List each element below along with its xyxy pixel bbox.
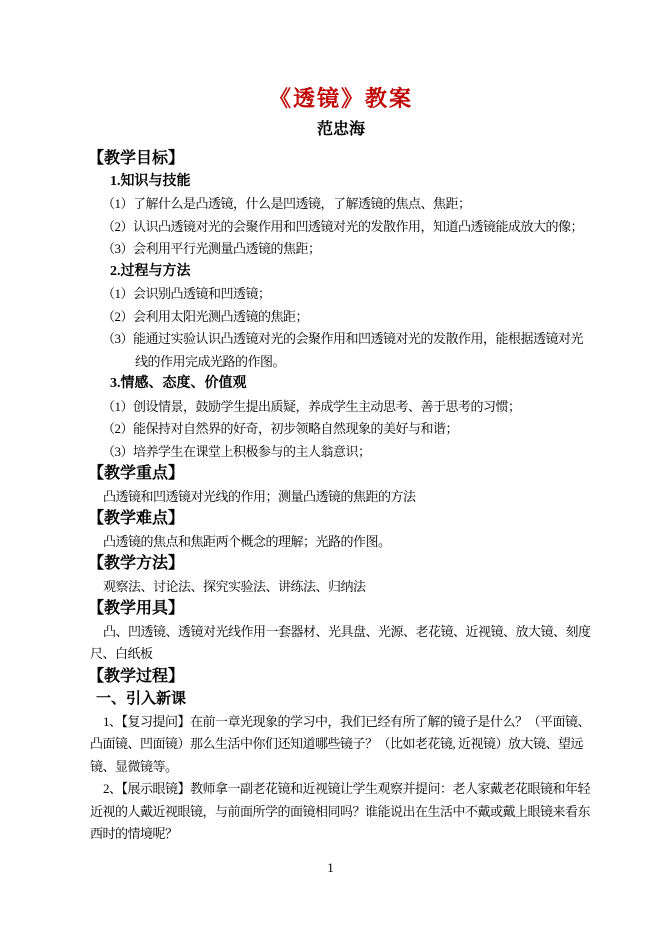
section-header-teaching-tools: 【教学用具】 [88,598,592,621]
process-paragraph: 2、【展示眼镜】教师拿一副老花镜和近视镜让学生观察并提问：老人家戴老花眼镜和年轻… [90,778,592,846]
subsection-process-methods: 2.过程与方法 [110,261,592,284]
list-item: （3）能通过实验认识凸透镜对光的会聚作用和凹透镜对光的发散作用，能根据透镜对光线… [102,328,592,373]
section-header-key-points: 【教学重点】 [88,463,592,486]
list-item: （2）能保持对自然界的好奇，初步领略自然现象的美好与和谐； [102,418,592,441]
document-content: 《透镜》教案 范忠海 【教学目标】 1.知识与技能 （1）了解什么是凸透镜，什么… [0,0,661,846]
process-paragraph: 1、【复习提问】在前一章光现象的学习中，我们已经有所了解的镜子是什么？（平面镜、… [90,711,592,779]
document-author: 范忠海 [90,119,592,141]
difficulties-body: 凸透镜的焦点和焦距两个概念的理解；光路的作图。 [90,531,592,554]
subsection-knowledge-skills: 1.知识与技能 [110,171,592,194]
list-item: （3）会利用平行光测量凸透镜的焦距； [102,238,592,261]
document-title: 《透镜》教案 [90,85,592,113]
list-item: （1）会识别凸透镜和凹透镜； [102,283,592,306]
subsection-lesson-introduction: 一、引入新课 [96,688,592,711]
teaching-methods-body: 观察法、讨论法、探究实验法、讲练法、归纳法 [90,576,592,599]
list-item: （2）认识凸透镜对光的会聚作用和凹透镜对光的发散作用，知道凸透镜能成放大的像； [102,216,592,239]
document-page: 《透镜》教案 范忠海 【教学目标】 1.知识与技能 （1）了解什么是凸透镜，什么… [0,0,661,935]
subsection-emotion-attitude-values: 3.情感、态度、价值观 [110,373,592,396]
page-number: 1 [0,860,661,876]
section-header-teaching-goals: 【教学目标】 [88,148,592,171]
section-header-difficulties: 【教学难点】 [88,508,592,531]
section-header-teaching-process: 【教学过程】 [88,666,592,689]
list-item: （1）了解什么是凸透镜，什么是凹透镜，了解透镜的焦点、焦距； [102,193,592,216]
list-item: （1）创设情景，鼓励学生提出质疑，养成学生主动思考、善于思考的习惯； [102,396,592,419]
list-item: （2）会利用太阳光测凸透镜的焦距； [102,306,592,329]
key-points-body: 凸透镜和凹透镜对光线的作用；测量凸透镜的焦距的方法 [90,486,592,509]
list-item: （3）培养学生在课堂上积极参与的主人翁意识； [102,441,592,464]
teaching-tools-body: 凸、凹透镜、透镜对光线作用一套器材、光具盘、光源、老花镜、近视镜、放大镜、刻度尺… [90,621,592,666]
section-header-teaching-methods: 【教学方法】 [88,553,592,576]
